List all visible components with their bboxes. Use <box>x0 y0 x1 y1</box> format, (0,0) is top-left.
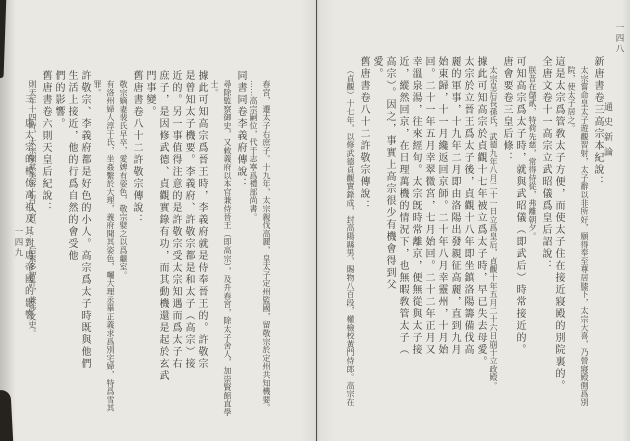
text-column: 門事變。 <box>143 70 156 424</box>
text-column: 近的。另一事值得注意的是許敬宗受太宗知遇而爲太子右 <box>169 70 182 424</box>
text-column: 始東歸，十一月纔返回京師。二十年八月幸靈州，十月始 <box>435 56 448 410</box>
text-column: 朕昔在儲貳，特荷先慈，常得侍從，弗離朝夕。 <box>526 56 539 410</box>
text-column: 高宗）。因之，事實上高宗很少有機會得到父 <box>383 56 396 410</box>
gutter-shadow <box>300 0 334 441</box>
text-column: 全唐文卷十一高宗立武昭儀爲皇后詔說： <box>539 56 552 410</box>
text-column: 同書同卷李義府傳說： <box>234 70 247 424</box>
text-column: 這是太宗爲管敎太子方便，而使太子住在接近寢殿的別院裏的。 <box>552 56 565 410</box>
text-column: 生活上接近，他的行爲自然的會受他 <box>65 70 78 424</box>
text-column: 據此可知高宗於貞觀十七年被立爲太子時，早已失去母愛。 <box>474 56 487 410</box>
text-column: （貞觀）十七年，以修武德貞觀實錄成，封高陽縣男，賜物八百段，權檢校黃門侍郎。高宗… <box>344 56 357 410</box>
right-page-text: 新唐書卷三高宗本紀說：太宗嘗命皇太子遊觀習射，太子辭以非所好，願得奉至尊居膝下，… <box>344 56 604 410</box>
text-column: 太宗於立晉王爲太子後，貞觀十八年即坐鎮洛陽籌備伐高 <box>461 56 474 410</box>
text-column: 舊唐書卷八十二許敬宗傳說： <box>357 56 370 410</box>
text-column: 許敬宗、李義府都是好色的小人。高宗爲太子時既與他們 <box>78 70 91 424</box>
text-column: 愛。 <box>370 56 383 410</box>
left-page-text: 春宮，遷太子右庶子。十九年，太宗親伐高麗，皇太子定州監國，留敬宗於定州共知機要。… <box>26 70 273 424</box>
text-column: 有洛州婦人淳于氏，坐姦繫於大理，義府聞其姿色，囑大理丞畢正義求爲別宅婦，特爲雪其… <box>91 70 117 424</box>
text-column: 太宗皇后長孫氏，武德九年八月二十一日立爲皇后，貞觀十年五月二十六日崩于立政殿。 <box>487 56 500 410</box>
text-column: 麗的軍事，十九年二月即由洛陽出發親征高麗，直到九月 <box>448 56 461 410</box>
page-number-right: 一四八 <box>614 23 626 55</box>
text-column: 唐會要卷三皇后條： <box>500 56 513 410</box>
text-column: 太宗嘗命皇太子遊觀習射，太子辭以非所好，願得奉至尊居膝下，太宗大喜，乃營寢殿側爲… <box>578 56 591 410</box>
text-column: 舊唐書卷六則天皇后紀說： <box>39 70 52 424</box>
book-page-spread: 一四八 通史新論 新唐書卷三高宗本紀說：太宗嘗命皇太子遊觀習射，太子辭以非所好，… <box>0 0 630 441</box>
gutter-line <box>316 0 317 441</box>
section-title-footer: 三 唐太宗的模仿高祖及其對唐帝國的影響 <box>23 94 36 322</box>
text-column: 近，縱然回京，在日理萬機的情況下，也無暇敎管太子（ <box>396 56 409 410</box>
text-column: 回。二十一年五月幸翠微宮，七月始回。二十二年正月又 <box>422 56 435 410</box>
text-column: 庶子，是因修武德、貞觀實錄有功，而其動機還是起於玄武 <box>156 70 169 424</box>
page-number-left: 一四九 <box>13 227 25 259</box>
text-column: 可知高宗爲太子時，就與武昭儀（即武后）時常接近的。 <box>513 56 526 410</box>
right-page-edge-shadow <box>622 0 630 441</box>
text-column: 院，使太子居之。 <box>565 56 578 410</box>
text-column: 們的影響。 <box>52 70 65 424</box>
text-column: 幸溫泉湯，往來經旬。太宗旣時常離京，便無從與太子接 <box>409 56 422 410</box>
text-column: 春宮，遷太子右庶子。十九年，太宗親伐高麗，皇太子定州監國，留敬宗於定州共知機要。 <box>260 70 273 424</box>
text-column: ……高宗嗣位，代于志寧爲禮部尚書。 <box>247 70 260 424</box>
text-column: 敬宗嫡妻裴氏早卒，愛婢有姿色，敬宗嬖之以爲繼室。 <box>117 70 130 424</box>
text-column: 新唐書卷三高宗本紀說： <box>591 56 604 410</box>
text-column: 士。 <box>208 70 221 424</box>
text-column: 尋除監察御史，又敕義府以本官兼侍晉王（即高宗），及升春宮，除太子舍人，加崇賢館直… <box>221 70 234 424</box>
text-column: 是曾知太子機要。李義府、許敬宗都是和太子（高宗）接 <box>182 70 195 424</box>
text-column: 據此可知高宗爲晉王時，李義府就是侍奉晉王的。許敬宗 <box>195 70 208 424</box>
text-column: 舊唐書卷八十二許敬宗傳說： <box>130 70 143 424</box>
